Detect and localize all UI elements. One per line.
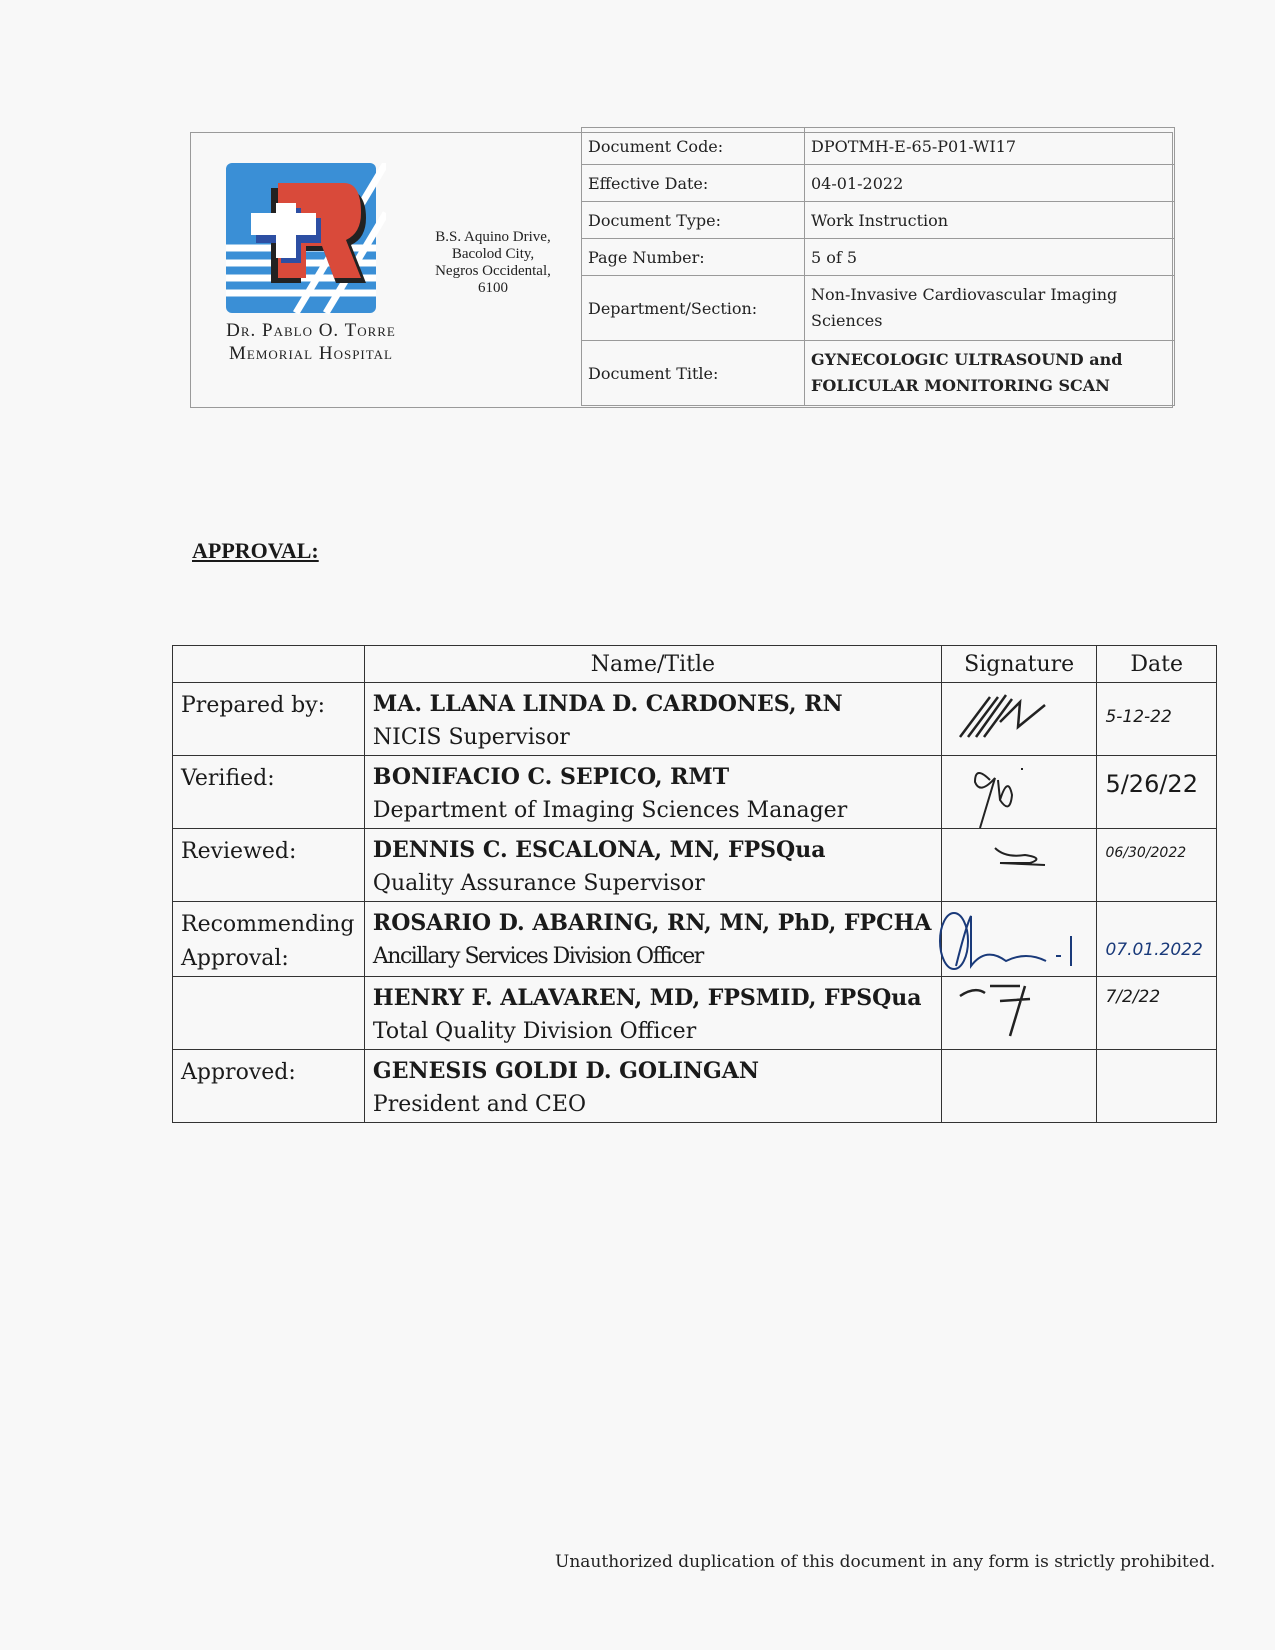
document-meta-table: Document Code: DPOTMH-E-65-P01-WI17 Effe… <box>581 127 1175 406</box>
hospital-name: Dr. Pablo O. Torre Memorial Hospital <box>191 319 431 365</box>
role-label: Verified: <box>173 756 365 829</box>
name-title-cell: HENRY F. ALAVAREN, MD, FPSMID, FPSQua To… <box>364 977 941 1050</box>
person-name: HENRY F. ALAVAREN, MD, FPSMID, FPSQua <box>373 981 933 1015</box>
name-title-cell: GENESIS GOLDI D. GOLINGAN President and … <box>364 1050 941 1123</box>
hospital-address: B.S. Aquino Drive, Bacolod City, Negros … <box>423 229 563 297</box>
meta-label: Document Type: <box>582 202 805 239</box>
person-title: President and CEO <box>373 1088 933 1122</box>
name-title-cell: ROSARIO D. ABARING, RN, MN, PhD, FPCHA A… <box>364 902 941 977</box>
name-title-cell: DENNIS C. ESCALONA, MN, FPSQua Quality A… <box>364 829 941 902</box>
signed-date: 07.01.2022 <box>1105 940 1202 960</box>
meta-label: Department/Section: <box>582 276 805 341</box>
name-title-cell: MA. LLANA LINDA D. CARDONES, RN NICIS Su… <box>364 683 941 756</box>
person-name: BONIFACIO C. SEPICO, RMT <box>373 760 933 794</box>
meta-row-title: Document Title: GYNECOLOGIC ULTRASOUND a… <box>582 341 1175 406</box>
signature-cell <box>941 977 1097 1050</box>
hospital-branding: Dr. Pablo O. Torre Memorial Hospital B.S… <box>191 133 581 407</box>
signature-cell <box>941 683 1097 756</box>
person-name: GENESIS GOLDI D. GOLINGAN <box>373 1054 933 1088</box>
signature-scribble-icon <box>950 981 1060 1041</box>
person-name: MA. LLANA LINDA D. CARDONES, RN <box>373 687 933 721</box>
person-title: Department of Imaging Sciences Manager <box>373 794 933 828</box>
person-title: NICIS Supervisor <box>373 721 933 755</box>
role-label <box>173 977 365 1050</box>
meta-label: Effective Date: <box>582 165 805 202</box>
signed-date: 7/2/22 <box>1105 987 1160 1007</box>
department-section: Non-Invasive Cardiovascular Imaging Scie… <box>805 276 1175 341</box>
date-cell: 7/2/22 <box>1097 977 1217 1050</box>
approval-table: Name/Title Signature Date Prepared by: M… <box>172 645 1217 1123</box>
table-row: Prepared by: MA. LLANA LINDA D. CARDONES… <box>173 683 1217 756</box>
document-header: Dr. Pablo O. Torre Memorial Hospital B.S… <box>190 132 1173 408</box>
document-type: Work Instruction <box>805 202 1175 239</box>
date-cell: 5-12-22 <box>1097 683 1217 756</box>
meta-row-code: Document Code: DPOTMH-E-65-P01-WI17 <box>582 128 1175 165</box>
column-header-name-title: Name/Title <box>364 646 941 683</box>
signature-cell <box>941 756 1097 829</box>
role-label: Reviewed: <box>173 829 365 902</box>
column-header-role <box>173 646 365 683</box>
signature-scribble-icon <box>950 687 1060 747</box>
signature-scribble-icon <box>936 906 1086 976</box>
meta-row-type: Document Type: Work Instruction <box>582 202 1175 239</box>
date-cell: 07.01.2022 <box>1097 902 1217 977</box>
role-label: Prepared by: <box>173 683 365 756</box>
person-title: Quality Assurance Supervisor <box>373 867 933 901</box>
document-title: GYNECOLOGIC ULTRASOUND and FOLICULAR MON… <box>805 341 1175 406</box>
person-name: DENNIS C. ESCALONA, MN, FPSQua <box>373 833 933 867</box>
effective-date: 04-01-2022 <box>805 165 1175 202</box>
signature-scribble-icon <box>950 833 1060 893</box>
table-row: HENRY F. ALAVAREN, MD, FPSMID, FPSQua To… <box>173 977 1217 1050</box>
hospital-cross-r-logo-icon <box>226 163 386 318</box>
meta-label: Document Title: <box>582 341 805 406</box>
approval-heading: APPROVAL: <box>192 538 319 564</box>
person-title: Ancillary Services Division Officer <box>373 940 933 974</box>
column-header-date: Date <box>1097 646 1217 683</box>
meta-row-department: Department/Section: Non-Invasive Cardiov… <box>582 276 1175 341</box>
person-name: ROSARIO D. ABARING, RN, MN, PhD, FPCHA <box>373 906 933 940</box>
signed-date: 5-12-22 <box>1105 707 1171 727</box>
column-header-signature: Signature <box>941 646 1097 683</box>
table-row: Recommending Approval: ROSARIO D. ABARIN… <box>173 902 1217 977</box>
signature-cell <box>941 902 1097 977</box>
table-row: Approved: GENESIS GOLDI D. GOLINGAN Pres… <box>173 1050 1217 1123</box>
meta-row-page: Page Number: 5 of 5 <box>582 239 1175 276</box>
footer-notice: Unauthorized duplication of this documen… <box>555 1552 1215 1572</box>
role-label: Approved: <box>173 1050 365 1123</box>
date-cell <box>1097 1050 1217 1123</box>
meta-label: Document Code: <box>582 128 805 165</box>
table-row: Verified: BONIFACIO C. SEPICO, RMT Depar… <box>173 756 1217 829</box>
name-title-cell: BONIFACIO C. SEPICO, RMT Department of I… <box>364 756 941 829</box>
page-number: 5 of 5 <box>805 239 1175 276</box>
approval-header-row: Name/Title Signature Date <box>173 646 1217 683</box>
signature-scribble-icon <box>950 760 1060 830</box>
role-label: Recommending Approval: <box>173 902 365 977</box>
meta-row-effective-date: Effective Date: 04-01-2022 <box>582 165 1175 202</box>
date-cell: 5/26/22 <box>1097 756 1217 829</box>
signed-date: 06/30/2022 <box>1105 845 1186 861</box>
person-title: Total Quality Division Officer <box>373 1015 933 1049</box>
document-code: DPOTMH-E-65-P01-WI17 <box>805 128 1175 165</box>
meta-label: Page Number: <box>582 239 805 276</box>
date-cell: 06/30/2022 <box>1097 829 1217 902</box>
signature-cell <box>941 1050 1097 1123</box>
table-row: Reviewed: DENNIS C. ESCALONA, MN, FPSQua… <box>173 829 1217 902</box>
signature-cell <box>941 829 1097 902</box>
signed-date: 5/26/22 <box>1105 770 1198 798</box>
